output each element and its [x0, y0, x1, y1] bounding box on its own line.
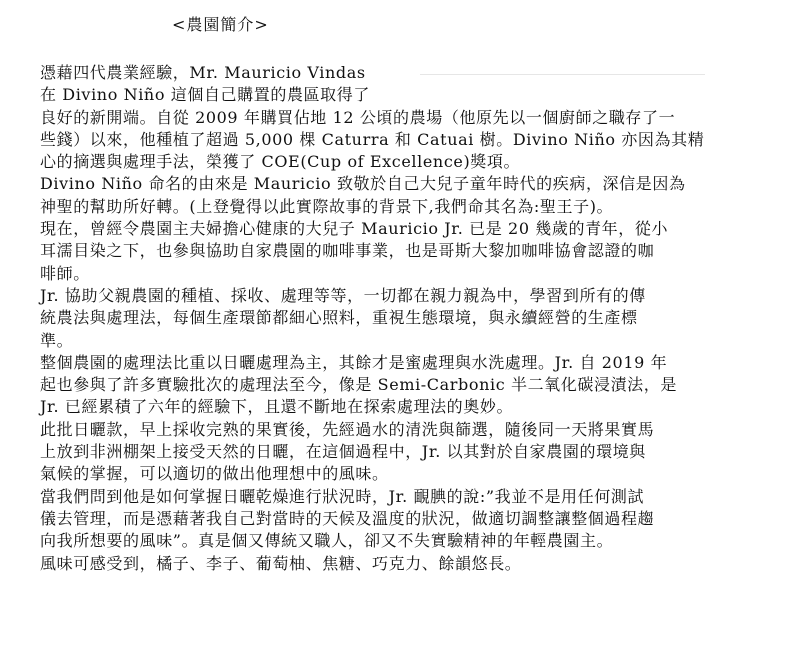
- text-line: 向我所想要的風味”。真是個又傳統又職人，卻又不失實驗精神的年輕農園主。: [40, 530, 780, 552]
- text-line: 當我們問到他是如何掌握日曬乾燥進行狀況時，Jr. 靦腆的說:”我並不是用任何測試: [40, 486, 780, 508]
- text-line: 氣候的掌握，可以適切的做出他理想中的風味。: [40, 463, 780, 485]
- text-line: 耳濡目染之下，也參與協助自家農園的咖啡事業，也是哥斯大黎加咖啡協會認證的咖: [40, 240, 780, 262]
- text-line: 啡師。: [40, 263, 780, 285]
- faint-divider-line: [420, 74, 705, 75]
- text-line: 準。: [40, 330, 780, 352]
- document-title: <農園簡介>: [172, 12, 269, 35]
- text-line: 神聖的幫助所好轉。(上登覺得以此實際故事的背景下,我們命其名為:聖王子)。: [40, 196, 780, 218]
- text-line: Jr. 協助父親農園的種植、採收、處理等等，一切都在親力親為中，學習到所有的傳: [40, 285, 780, 307]
- text-line: Jr. 已經累積了六年的經驗下，且還不斷地在探索處理法的奧妙。: [40, 396, 780, 418]
- text-line: 此批日曬款，早上採收完熟的果實後，先經過水的清洗與篩選，隨後同一天將果實馬: [40, 419, 780, 441]
- text-line: 良好的新開端。自從 2009 年購買佔地 12 公頃的農場（他原先以一個廚師之職…: [40, 107, 780, 129]
- text-line: 心的摘選與處理手法，榮獲了 COE(Cup of Excellence)獎項。: [40, 151, 780, 173]
- text-line: 風味可感受到，橘子、李子、葡萄柚、焦糖、巧克力、餘韻悠長。: [40, 553, 780, 575]
- document-body: 憑藉四代農業經驗，Mr. Mauricio Vindas 在 Divino Ni…: [40, 62, 780, 575]
- text-line: 整個農園的處理法比重以日曬處理為主，其餘才是蜜處理與水洗處理。Jr. 自 201…: [40, 352, 780, 374]
- text-line: 些錢）以來，他種植了超過 5,000 棵 Caturra 和 Catuai 樹。…: [40, 129, 780, 151]
- text-line: 上放到非洲棚架上接受天然的日曬，在這個過程中，Jr. 以其對於自家農園的環境與: [40, 441, 780, 463]
- text-line: 在 Divino Niño 這個自己購置的農區取得了: [40, 84, 780, 106]
- text-line: 儀去管理，而是憑藉著我自己對當時的天候及溫度的狀況，做適切調整讓整個過程趨: [40, 508, 780, 530]
- text-line: 現在，曾經令農園主夫婦擔心健康的大兒子 Mauricio Jr. 已是 20 幾…: [40, 218, 780, 240]
- text-line: 統農法與處理法，每個生產環節都細心照料，重視生態環境，與永續經營的生產標: [40, 307, 780, 329]
- text-line: Divino Niño 命名的由來是 Mauricio 致敬於自己大兒子童年時代…: [40, 173, 780, 195]
- text-line: 起也參與了許多實驗批次的處理法至今，像是 Semi-Carbonic 半二氧化碳…: [40, 374, 780, 396]
